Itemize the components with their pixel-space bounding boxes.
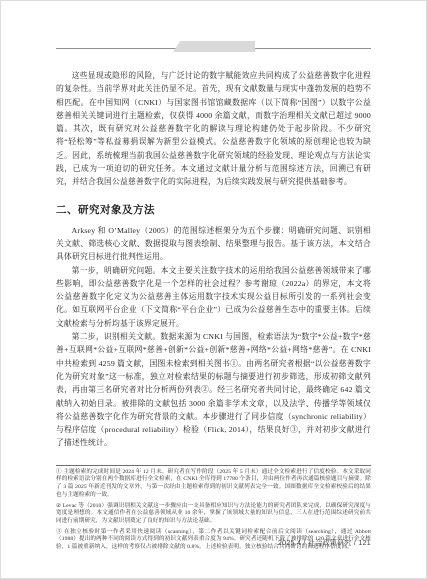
article-body: 这些显现或隐形的风险，与广泛讨论的数字赋能效应共同构成了公益慈善数字化进程的复杂… [56,69,371,553]
page-footer: 2025.4 / 社会政策研究 / 121 [278,538,371,548]
header-tab-shape [173,41,255,52]
section-heading: 二、研究对象及方法 [56,202,371,217]
footnote-1: ① 主题检索的完成时间是 2024 年 12 月末。研究者在写作阶段（2025 … [56,469,371,500]
method-paragraph-step2: 第二步，识别相关文献。数据来源为 CNKI 与国图，检索语法为“数字*公益+数字… [56,330,371,450]
method-paragraph-overview: Arksey 和 O’Malley（2005）的范围综述框架分为五个步骤：明确研… [56,224,371,264]
method-paragraph-step1: 第一步，明确研究问题。本文主要关注数字技术的运用给我国公益慈善领域带来了哪些影响… [56,264,371,330]
intro-paragraph: 这些显现或隐形的风险，与广泛讨论的数字赋能效应共同构成了公益慈善数字化进程的复杂… [56,69,371,189]
footnote-2: ② Levac 等（2010）强调识别相关文献这一步骤应由一支具备相应知识与方法… [56,503,371,526]
footnote-divider [56,465,371,466]
journal-page: 这些显现或隐形的风险，与广泛讨论的数字赋能效应共同构成了公益慈善数字化进程的复杂… [0,0,427,579]
header-decoration [56,41,371,52]
